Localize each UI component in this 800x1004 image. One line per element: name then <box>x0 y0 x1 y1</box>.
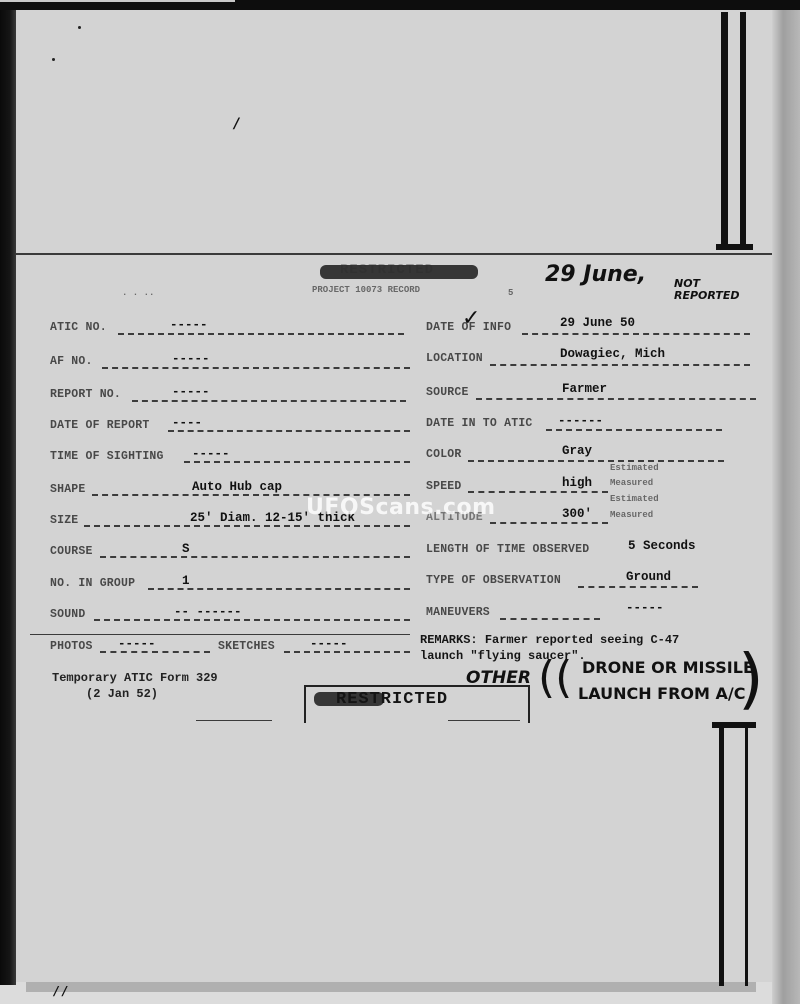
field-label-source: SOURCE <box>426 386 469 399</box>
field-value-time-of-sighting: ----- <box>192 447 230 461</box>
speck <box>52 58 55 61</box>
field-label-speed: SPEED <box>426 480 462 493</box>
remarks-text-1: Farmer reported seeing C-47 <box>485 633 679 647</box>
estimate-note-4: Measured <box>610 510 653 520</box>
field-label-photos: PHOTOS <box>50 640 93 653</box>
field-line <box>84 525 410 527</box>
watermark: UFOScans.com <box>306 495 496 520</box>
field-line <box>500 618 600 620</box>
handwritten-not-reported: NOT REPORTED <box>674 278 766 302</box>
handwritten-launch-from-ac: LAUNCH FROM A/C <box>578 684 745 703</box>
field-value-photos: ----- <box>118 637 156 651</box>
scan-right-margin <box>772 10 800 1004</box>
field-line <box>102 367 410 369</box>
binding-bar-bottom-right <box>745 724 748 986</box>
field-label-af-no: AF NO. <box>50 355 93 368</box>
field-line <box>100 651 210 653</box>
field-label-length-of-time-observed: LENGTH OF TIME OBSERVED <box>426 543 589 556</box>
field-value-maneuvers: ----- <box>626 601 664 615</box>
estimate-note-2: Measured <box>610 478 653 488</box>
stray-mark: / <box>234 116 239 132</box>
field-line <box>184 461 410 463</box>
field-value-shape: Auto Hub cap <box>192 480 282 494</box>
field-label-atic-no: ATIC NO. <box>50 321 107 334</box>
field-line <box>284 651 410 653</box>
binding-bar-top-foot <box>716 244 753 250</box>
field-label-sound: SOUND <box>50 608 86 621</box>
field-line <box>578 586 698 588</box>
field-label-type-of-observation: TYPE OF OBSERVATION <box>426 574 561 587</box>
field-value-no-in-group: 1 <box>182 574 190 588</box>
binding-bar-top-left <box>721 12 728 248</box>
field-line <box>468 491 608 493</box>
field-line <box>94 619 410 621</box>
field-label-sketches: SKETCHES <box>218 640 275 653</box>
field-value-atic-no: ----- <box>170 318 208 332</box>
handwritten-drone-or-missile: DRONE OR MISSILE <box>582 658 754 677</box>
field-label-location: LOCATION <box>426 352 483 365</box>
field-line <box>168 430 410 432</box>
field-value-color: Gray <box>562 444 592 458</box>
field-value-date-of-info: 29 June 50 <box>560 316 635 330</box>
field-label-shape: SHAPE <box>50 483 86 496</box>
field-value-location: Dowagiec, Mich <box>560 347 665 361</box>
field-label-maneuvers: MANEUVERS <box>426 606 490 619</box>
field-value-date-in-to-atic: ------ <box>558 414 603 428</box>
checkmark-icon: ✓ <box>462 306 480 331</box>
field-value-af-no: ----- <box>172 352 210 366</box>
field-value-sketches: ----- <box>310 637 348 651</box>
handwritten-paren-close: ) <box>738 640 764 717</box>
header-restricted-stamp: RESTRICTED <box>340 262 434 278</box>
field-value-report-no: ----- <box>172 385 210 399</box>
field-line <box>148 588 410 590</box>
form-date: (2 Jan 52) <box>86 686 158 702</box>
field-value-altitude: 300' <box>562 507 592 521</box>
field-line <box>132 400 406 402</box>
field-value-length-of-time-observed: 5 Seconds <box>628 539 696 553</box>
field-label-date-of-report: DATE OF REPORT <box>50 419 149 432</box>
form-name: Temporary ATIC Form 329 <box>52 670 218 686</box>
stray-mark-bottom: / / <box>54 984 67 998</box>
field-value-type-of-observation: Ground <box>626 570 671 584</box>
field-value-date-of-report: ---- <box>172 416 202 430</box>
handwritten-date: 29 June, <box>545 262 646 287</box>
remarks-label: REMARKS: <box>420 633 478 647</box>
field-line <box>100 556 410 558</box>
header-mark: 5 <box>508 288 513 298</box>
header-subtext: PROJECT 10073 RECORD <box>312 285 420 295</box>
footer-restricted-stamp: RESTRICTED <box>336 690 448 709</box>
field-line <box>546 429 722 431</box>
footer-rule-left <box>196 720 272 721</box>
scan-top-edge <box>0 0 235 2</box>
scan-bottom-edge <box>26 982 756 992</box>
estimate-note-3: Estimated <box>610 494 659 504</box>
field-label-size: SIZE <box>50 514 78 527</box>
field-label-no-in-group: NO. IN GROUP <box>50 577 135 590</box>
field-value-speed: high <box>562 476 592 490</box>
section-rule <box>30 634 410 635</box>
estimate-note-1: Estimated <box>610 463 659 473</box>
field-line <box>468 460 724 462</box>
field-value-sound: -- ------ <box>174 605 242 619</box>
card-top-rule <box>16 253 772 255</box>
field-line <box>476 398 756 400</box>
footer-rule-right <box>448 720 520 721</box>
binding-bar-top-right <box>740 12 746 248</box>
field-line <box>522 333 750 335</box>
remarks-line-1: REMARKS: Farmer reported seeing C-47 <box>420 632 679 648</box>
field-label-color: COLOR <box>426 448 462 461</box>
field-value-course: S <box>182 542 190 556</box>
field-line <box>490 522 608 524</box>
field-label-report-no: REPORT NO. <box>50 388 121 401</box>
field-line <box>118 333 404 335</box>
handwritten-paren-open: (( <box>538 652 572 703</box>
field-line <box>490 364 750 366</box>
speck <box>78 26 81 29</box>
field-label-course: COURSE <box>50 545 93 558</box>
field-value-source: Farmer <box>562 382 607 396</box>
binding-bar-bottom-left <box>719 724 724 986</box>
scan-left-border <box>0 10 16 985</box>
field-label-time-of-sighting: TIME OF SIGHTING <box>50 450 164 463</box>
header-specks: . . .. <box>122 288 154 298</box>
field-label-date-in-to-atic: DATE IN TO ATIC <box>426 417 533 430</box>
